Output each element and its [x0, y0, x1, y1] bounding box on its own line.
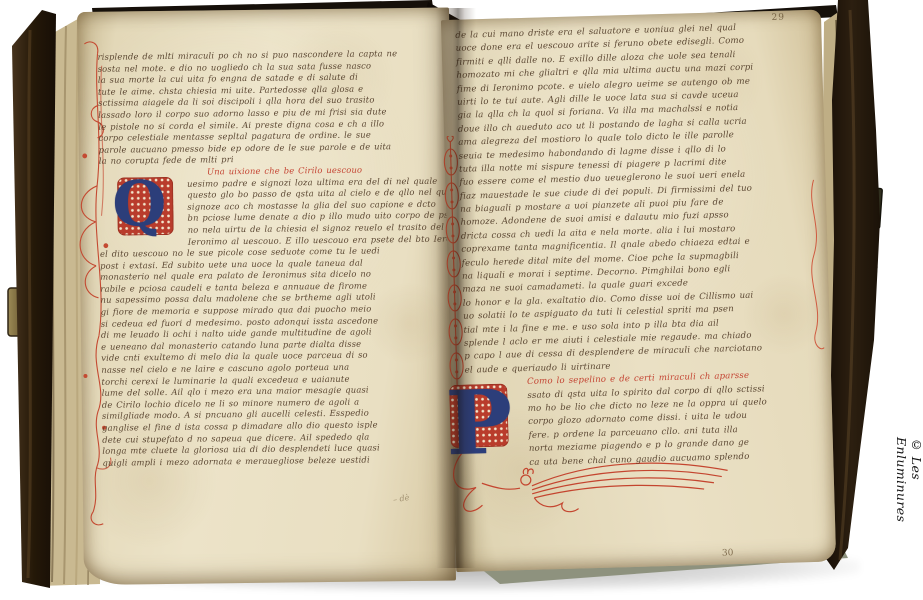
page-edge-streak — [64, 26, 66, 584]
leather-grain — [28, 30, 30, 578]
right-page: de la cui mano driste era el saluatore e… — [441, 10, 836, 572]
manuscript-photo: risplende de mlti miraculi po ch no si p… — [0, 0, 923, 600]
illuminated-initial-p: P — [447, 380, 520, 476]
copyright-credit: © Les Enluminures — [894, 437, 923, 569]
initial-letter: P — [445, 374, 514, 470]
folio-number-bottom: 30 — [722, 548, 734, 558]
initial-letter: Q — [112, 171, 167, 238]
left-cover — [12, 10, 56, 588]
left-page-text: risplende de mlti miraculi po ch no si p… — [97, 48, 436, 469]
catchword: – dè — [392, 493, 410, 504]
left-page: risplende de mlti miraculi po ch no si p… — [77, 7, 456, 585]
illuminated-initial-q: Q — [113, 171, 182, 244]
